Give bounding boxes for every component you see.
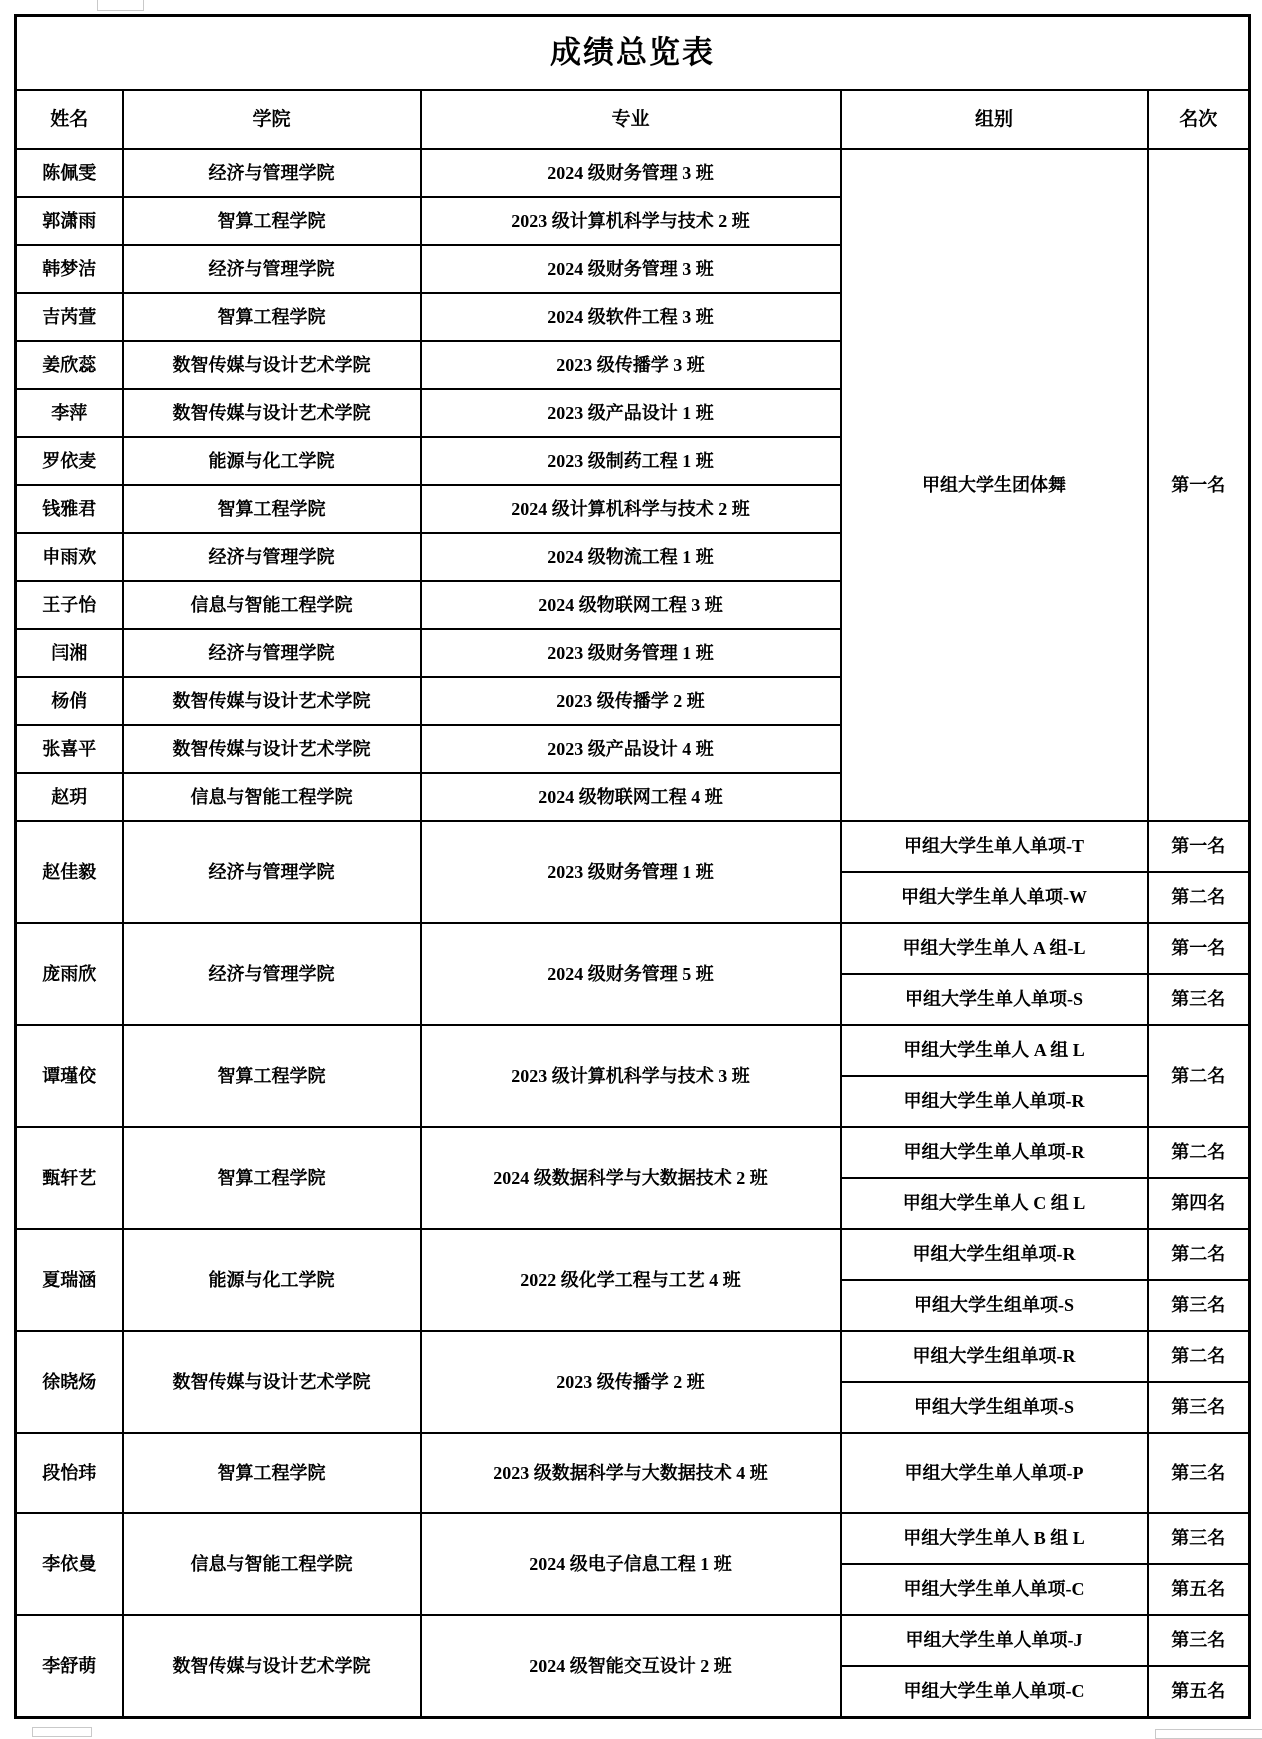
table-row: 徐晓炀数智传媒与设计艺术学院2023 级传播学 2 班甲组大学生组单项-R第二名 xyxy=(16,1331,1250,1382)
college-cell: 信息与智能工程学院 xyxy=(123,773,421,821)
group-cell: 甲组大学生单人 A 组-L xyxy=(841,923,1148,974)
college-cell: 信息与智能工程学院 xyxy=(123,1513,421,1615)
college-cell: 智算工程学院 xyxy=(123,1025,421,1127)
name-cell: 闫湘 xyxy=(16,629,123,677)
name-cell: 徐晓炀 xyxy=(16,1331,123,1433)
college-cell: 信息与智能工程学院 xyxy=(123,581,421,629)
rank-cell: 第二名 xyxy=(1148,872,1250,923)
name-cell: 李舒萌 xyxy=(16,1615,123,1717)
rank-cell: 第四名 xyxy=(1148,1178,1250,1229)
major-cell: 2024 级计算机科学与技术 2 班 xyxy=(421,485,841,533)
college-cell: 数智传媒与设计艺术学院 xyxy=(123,677,421,725)
name-cell: 陈佩雯 xyxy=(16,149,123,197)
score-overview-table: 成绩总览表 姓名 学院 专业 组别 名次 陈佩雯经济与管理学院2024 级财务管… xyxy=(14,14,1251,1719)
college-cell: 经济与管理学院 xyxy=(123,533,421,581)
name-cell: 李萍 xyxy=(16,389,123,437)
name-cell: 韩梦洁 xyxy=(16,245,123,293)
major-cell: 2023 级数据科学与大数据技术 4 班 xyxy=(421,1433,841,1513)
major-cell: 2024 级电子信息工程 1 班 xyxy=(421,1513,841,1615)
group-cell: 甲组大学生组单项-S xyxy=(841,1382,1148,1433)
college-cell: 智算工程学院 xyxy=(123,1127,421,1229)
name-cell: 段怡玮 xyxy=(16,1433,123,1513)
major-cell: 2023 级财务管理 1 班 xyxy=(421,629,841,677)
major-cell: 2023 级传播学 2 班 xyxy=(421,1331,841,1433)
name-cell: 杨俏 xyxy=(16,677,123,725)
table-row: 李舒萌数智传媒与设计艺术学院2024 级智能交互设计 2 班甲组大学生单人单项-… xyxy=(16,1615,1250,1666)
group-cell: 甲组大学生组单项-R xyxy=(841,1331,1148,1382)
rank-cell: 第五名 xyxy=(1148,1564,1250,1615)
col-header-group: 组别 xyxy=(841,90,1148,149)
major-cell: 2024 级数据科学与大数据技术 2 班 xyxy=(421,1127,841,1229)
group-cell: 甲组大学生单人 B 组 L xyxy=(841,1513,1148,1564)
group-cell: 甲组大学生组单项-R xyxy=(841,1229,1148,1280)
rank-cell: 第三名 xyxy=(1148,974,1250,1025)
major-cell: 2024 级财务管理 5 班 xyxy=(421,923,841,1025)
major-cell: 2023 级产品设计 4 班 xyxy=(421,725,841,773)
screenshot-artifact-top xyxy=(97,0,144,11)
group-cell: 甲组大学生单人单项-R xyxy=(841,1127,1148,1178)
college-cell: 智算工程学院 xyxy=(123,1433,421,1513)
group-cell: 甲组大学生单人单项-P xyxy=(841,1433,1148,1513)
name-cell: 吉芮萱 xyxy=(16,293,123,341)
rank-cell: 第三名 xyxy=(1148,1513,1250,1564)
group-cell: 甲组大学生团体舞 xyxy=(841,149,1148,821)
name-cell: 申雨欢 xyxy=(16,533,123,581)
rank-cell: 第三名 xyxy=(1148,1615,1250,1666)
major-cell: 2024 级财务管理 3 班 xyxy=(421,149,841,197)
group-cell: 甲组大学生单人单项-R xyxy=(841,1076,1148,1127)
major-cell: 2024 级软件工程 3 班 xyxy=(421,293,841,341)
group-cell: 甲组大学生单人单项-C xyxy=(841,1666,1148,1717)
col-header-name: 姓名 xyxy=(16,90,123,149)
group-cell: 甲组大学生单人单项-J xyxy=(841,1615,1148,1666)
table-row: 段怡玮智算工程学院2023 级数据科学与大数据技术 4 班甲组大学生单人单项-P… xyxy=(16,1433,1250,1513)
rank-cell: 第二名 xyxy=(1148,1331,1250,1382)
college-cell: 经济与管理学院 xyxy=(123,821,421,923)
major-cell: 2024 级财务管理 3 班 xyxy=(421,245,841,293)
major-cell: 2023 级产品设计 1 班 xyxy=(421,389,841,437)
name-cell: 赵佳毅 xyxy=(16,821,123,923)
col-header-college: 学院 xyxy=(123,90,421,149)
college-cell: 智算工程学院 xyxy=(123,293,421,341)
name-cell: 夏瑞涵 xyxy=(16,1229,123,1331)
table-row: 夏瑞涵能源与化工学院2022 级化学工程与工艺 4 班甲组大学生组单项-R第二名 xyxy=(16,1229,1250,1280)
college-cell: 经济与管理学院 xyxy=(123,923,421,1025)
header-row: 姓名 学院 专业 组别 名次 xyxy=(16,90,1250,149)
name-cell: 罗依麦 xyxy=(16,437,123,485)
major-cell: 2024 级物联网工程 4 班 xyxy=(421,773,841,821)
score-table-body: 陈佩雯经济与管理学院2024 级财务管理 3 班甲组大学生团体舞第一名郭潇雨智算… xyxy=(16,149,1250,1717)
name-cell: 钱雅君 xyxy=(16,485,123,533)
table-row: 庞雨欣经济与管理学院2024 级财务管理 5 班甲组大学生单人 A 组-L第一名 xyxy=(16,923,1250,974)
name-cell: 郭潇雨 xyxy=(16,197,123,245)
major-cell: 2022 级化学工程与工艺 4 班 xyxy=(421,1229,841,1331)
group-cell: 甲组大学生单人单项-W xyxy=(841,872,1148,923)
college-cell: 数智传媒与设计艺术学院 xyxy=(123,341,421,389)
name-cell: 谭瑾佼 xyxy=(16,1025,123,1127)
rank-cell: 第三名 xyxy=(1148,1280,1250,1331)
table-row: 陈佩雯经济与管理学院2024 级财务管理 3 班甲组大学生团体舞第一名 xyxy=(16,149,1250,197)
major-cell: 2023 级传播学 3 班 xyxy=(421,341,841,389)
table-row: 甄轩艺智算工程学院2024 级数据科学与大数据技术 2 班甲组大学生单人单项-R… xyxy=(16,1127,1250,1178)
rank-cell: 第三名 xyxy=(1148,1433,1250,1513)
major-cell: 2024 级智能交互设计 2 班 xyxy=(421,1615,841,1717)
rank-cell: 第一名 xyxy=(1148,149,1250,821)
group-cell: 甲组大学生组单项-S xyxy=(841,1280,1148,1331)
major-cell: 2023 级计算机科学与技术 2 班 xyxy=(421,197,841,245)
page-title: 成绩总览表 xyxy=(16,16,1250,91)
major-cell: 2024 级物联网工程 3 班 xyxy=(421,581,841,629)
rank-cell: 第二名 xyxy=(1148,1229,1250,1280)
college-cell: 数智传媒与设计艺术学院 xyxy=(123,725,421,773)
name-cell: 姜欣蕊 xyxy=(16,341,123,389)
college-cell: 经济与管理学院 xyxy=(123,629,421,677)
group-cell: 甲组大学生单人 A 组 L xyxy=(841,1025,1148,1076)
group-cell: 甲组大学生单人单项-S xyxy=(841,974,1148,1025)
college-cell: 经济与管理学院 xyxy=(123,149,421,197)
major-cell: 2023 级财务管理 1 班 xyxy=(421,821,841,923)
col-header-major: 专业 xyxy=(421,90,841,149)
rank-cell: 第一名 xyxy=(1148,923,1250,974)
table-row: 李依曼信息与智能工程学院2024 级电子信息工程 1 班甲组大学生单人 B 组 … xyxy=(16,1513,1250,1564)
college-cell: 能源与化工学院 xyxy=(123,1229,421,1331)
name-cell: 庞雨欣 xyxy=(16,923,123,1025)
major-cell: 2023 级传播学 2 班 xyxy=(421,677,841,725)
rank-cell: 第三名 xyxy=(1148,1382,1250,1433)
college-cell: 能源与化工学院 xyxy=(123,437,421,485)
rank-cell: 第二名 xyxy=(1148,1127,1250,1178)
table-row: 赵佳毅经济与管理学院2023 级财务管理 1 班甲组大学生单人单项-T第一名 xyxy=(16,821,1250,872)
title-row: 成绩总览表 xyxy=(16,16,1250,91)
rank-cell: 第二名 xyxy=(1148,1025,1250,1127)
college-cell: 智算工程学院 xyxy=(123,485,421,533)
college-cell: 智算工程学院 xyxy=(123,197,421,245)
table-row: 谭瑾佼智算工程学院2023 级计算机科学与技术 3 班甲组大学生单人 A 组 L… xyxy=(16,1025,1250,1076)
screenshot-artifact-bottom-left xyxy=(32,1727,92,1737)
major-cell: 2024 级物流工程 1 班 xyxy=(421,533,841,581)
name-cell: 李依曼 xyxy=(16,1513,123,1615)
rank-cell: 第一名 xyxy=(1148,821,1250,872)
major-cell: 2023 级制药工程 1 班 xyxy=(421,437,841,485)
college-cell: 经济与管理学院 xyxy=(123,245,421,293)
college-cell: 数智传媒与设计艺术学院 xyxy=(123,1331,421,1433)
rank-cell: 第五名 xyxy=(1148,1666,1250,1717)
name-cell: 赵玥 xyxy=(16,773,123,821)
name-cell: 王子怡 xyxy=(16,581,123,629)
college-cell: 数智传媒与设计艺术学院 xyxy=(123,1615,421,1717)
col-header-rank: 名次 xyxy=(1148,90,1250,149)
name-cell: 张喜平 xyxy=(16,725,123,773)
group-cell: 甲组大学生单人单项-C xyxy=(841,1564,1148,1615)
college-cell: 数智传媒与设计艺术学院 xyxy=(123,389,421,437)
name-cell: 甄轩艺 xyxy=(16,1127,123,1229)
major-cell: 2023 级计算机科学与技术 3 班 xyxy=(421,1025,841,1127)
group-cell: 甲组大学生单人 C 组 L xyxy=(841,1178,1148,1229)
group-cell: 甲组大学生单人单项-T xyxy=(841,821,1148,872)
